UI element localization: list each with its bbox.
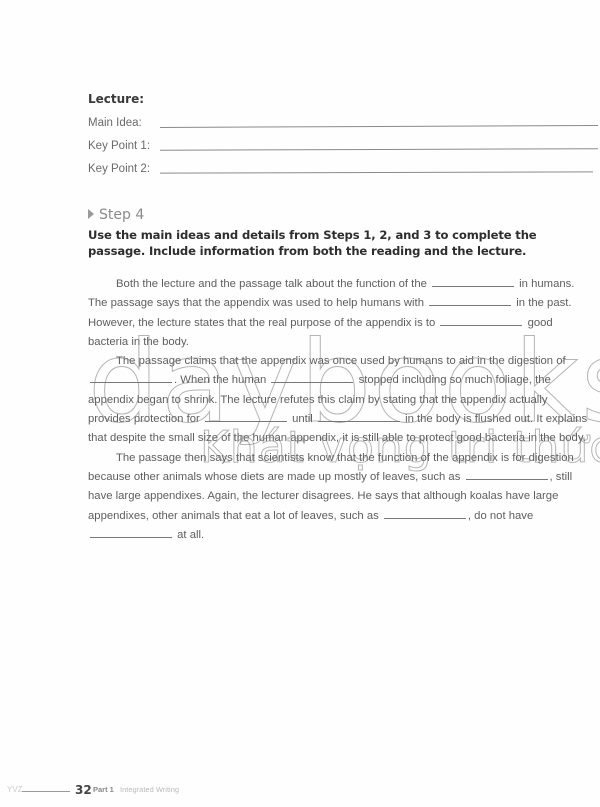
- key-point-1-label: Key Point 1:: [88, 140, 150, 152]
- step-instructions: Use the main ideas and details from Step…: [88, 227, 548, 259]
- blank-6[interactable]: [205, 411, 287, 422]
- passage: Both the lecture and the passage talk ab…: [88, 275, 588, 545]
- footer-mark: YVZ: [7, 785, 23, 794]
- blank-10[interactable]: [90, 527, 172, 538]
- blank-5[interactable]: [271, 372, 353, 383]
- p2-text-1: The passage claims that the appendix was…: [116, 355, 566, 367]
- document-page: Lecture: Main Idea: Key Point 1: Key Poi…: [0, 0, 600, 807]
- footer-part-label: Part 1: [93, 785, 114, 794]
- key-point-2-label: Key Point 2:: [88, 163, 150, 175]
- main-idea-label: Main Idea:: [88, 117, 142, 129]
- blank-1[interactable]: [432, 276, 514, 287]
- blank-8[interactable]: [466, 469, 548, 480]
- p1-text-1: Both the lecture and the passage talk ab…: [116, 278, 427, 290]
- page-number: 32: [75, 783, 92, 797]
- blank-9[interactable]: [384, 508, 466, 519]
- blank-2[interactable]: [429, 295, 511, 306]
- key-point-1-answer-line[interactable]: [160, 148, 598, 151]
- main-idea-answer-line[interactable]: [160, 125, 598, 128]
- key-point-2-answer-line[interactable]: [160, 171, 593, 173]
- paragraph-1: Both the lecture and the passage talk ab…: [88, 275, 588, 352]
- p3-text-3: , do not have: [468, 510, 533, 522]
- lecture-heading: Lecture:: [88, 92, 144, 106]
- p3-text-4: at all.: [177, 529, 204, 541]
- footer-section-label: Integrated Writing: [120, 785, 179, 794]
- main-idea-row: Main Idea:: [88, 117, 142, 129]
- paragraph-3: The passage then says that scientists kn…: [88, 449, 588, 545]
- p2-text-2: . When the human: [174, 374, 266, 386]
- paragraph-2: The passage claims that the appendix was…: [88, 352, 588, 448]
- step-4-label: Step 4: [99, 207, 144, 223]
- key-point-1-row: Key Point 1:: [88, 140, 150, 152]
- page-footer: YVZ 32 Part 1 Integrated Writing: [0, 782, 300, 798]
- p2-text-4: until: [292, 413, 313, 425]
- step-4-heading: Step 4: [88, 207, 144, 223]
- blank-3[interactable]: [440, 315, 522, 326]
- key-point-2-row: Key Point 2:: [88, 163, 150, 175]
- blank-4[interactable]: [90, 372, 172, 383]
- blank-7[interactable]: [318, 411, 400, 422]
- footer-rule: [22, 791, 70, 792]
- triangle-right-icon: [88, 209, 94, 219]
